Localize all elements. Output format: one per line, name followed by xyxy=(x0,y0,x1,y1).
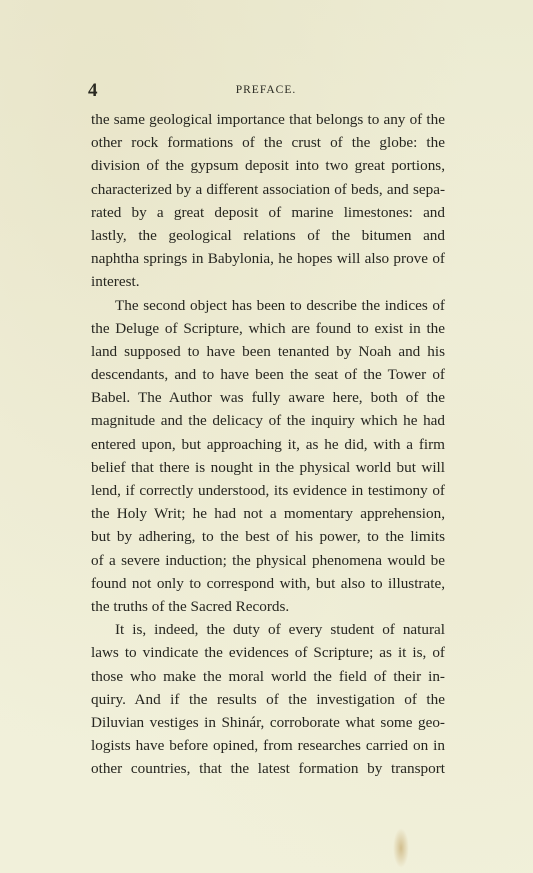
text-line: other rock formations of the crust of th… xyxy=(91,131,445,154)
text-line: the Deluge of Scripture, which are found… xyxy=(91,317,445,340)
text-line: found not only to correspond with, but a… xyxy=(91,572,445,595)
text-line: the Holy Writ; he had not a momentary ap… xyxy=(91,502,445,525)
body-text: the same geological importance that belo… xyxy=(91,108,445,780)
text-line: Babel. The Author was fully aware here, … xyxy=(91,386,445,409)
text-line: the same geological importance that belo… xyxy=(91,108,445,131)
text-line: lend, if correctly understood, its evide… xyxy=(91,479,445,502)
text-line: characterized by a different association… xyxy=(91,178,445,201)
paragraph-1: the same geological importance that belo… xyxy=(91,108,445,294)
text-line: quiry. And if the results of the investi… xyxy=(91,688,445,711)
text-line: those who make the moral world the field… xyxy=(91,665,445,688)
text-line: descendants, and to have been the seat o… xyxy=(91,363,445,386)
text-line: The second object has been to describe t… xyxy=(91,294,445,317)
text-line: entered upon, but approaching it, as he … xyxy=(91,433,445,456)
text-line: magnitude and the delicacy of the inquir… xyxy=(91,409,445,432)
page-header: 4 PREFACE. xyxy=(88,80,444,102)
text-line: Diluvian vestiges in Shinár, corroborate… xyxy=(91,711,445,734)
book-page: 4 PREFACE. the same geological importanc… xyxy=(0,0,533,873)
text-line: land supposed to have been tenanted by N… xyxy=(91,340,445,363)
text-line: but by adhering, to the best of his powe… xyxy=(91,525,445,548)
running-head: PREFACE. xyxy=(88,84,444,96)
text-line: interest. xyxy=(91,270,445,293)
text-line: lastly, the geological relations of the … xyxy=(91,224,445,247)
text-line: belief that there is nought in the physi… xyxy=(91,456,445,479)
text-line: the truths of the Sacred Records. xyxy=(91,595,445,618)
paragraph-2: The second object has been to describe t… xyxy=(91,294,445,619)
text-line: division of the gypsum deposit into two … xyxy=(91,154,445,177)
paragraph-3: It is, indeed, the duty of every student… xyxy=(91,618,445,780)
text-line: of a severe induction; the physical phen… xyxy=(91,549,445,572)
text-line: logists have before opined, from researc… xyxy=(91,734,445,757)
text-line: rated by a great deposit of marine limes… xyxy=(91,201,445,224)
text-line: other countries, that the latest formati… xyxy=(91,757,445,780)
text-line: laws to vindicate the evidences of Scrip… xyxy=(91,641,445,664)
paper-stain xyxy=(393,828,409,868)
text-line: naphtha springs in Babylonia, he hopes w… xyxy=(91,247,445,270)
text-line: It is, indeed, the duty of every student… xyxy=(91,618,445,641)
